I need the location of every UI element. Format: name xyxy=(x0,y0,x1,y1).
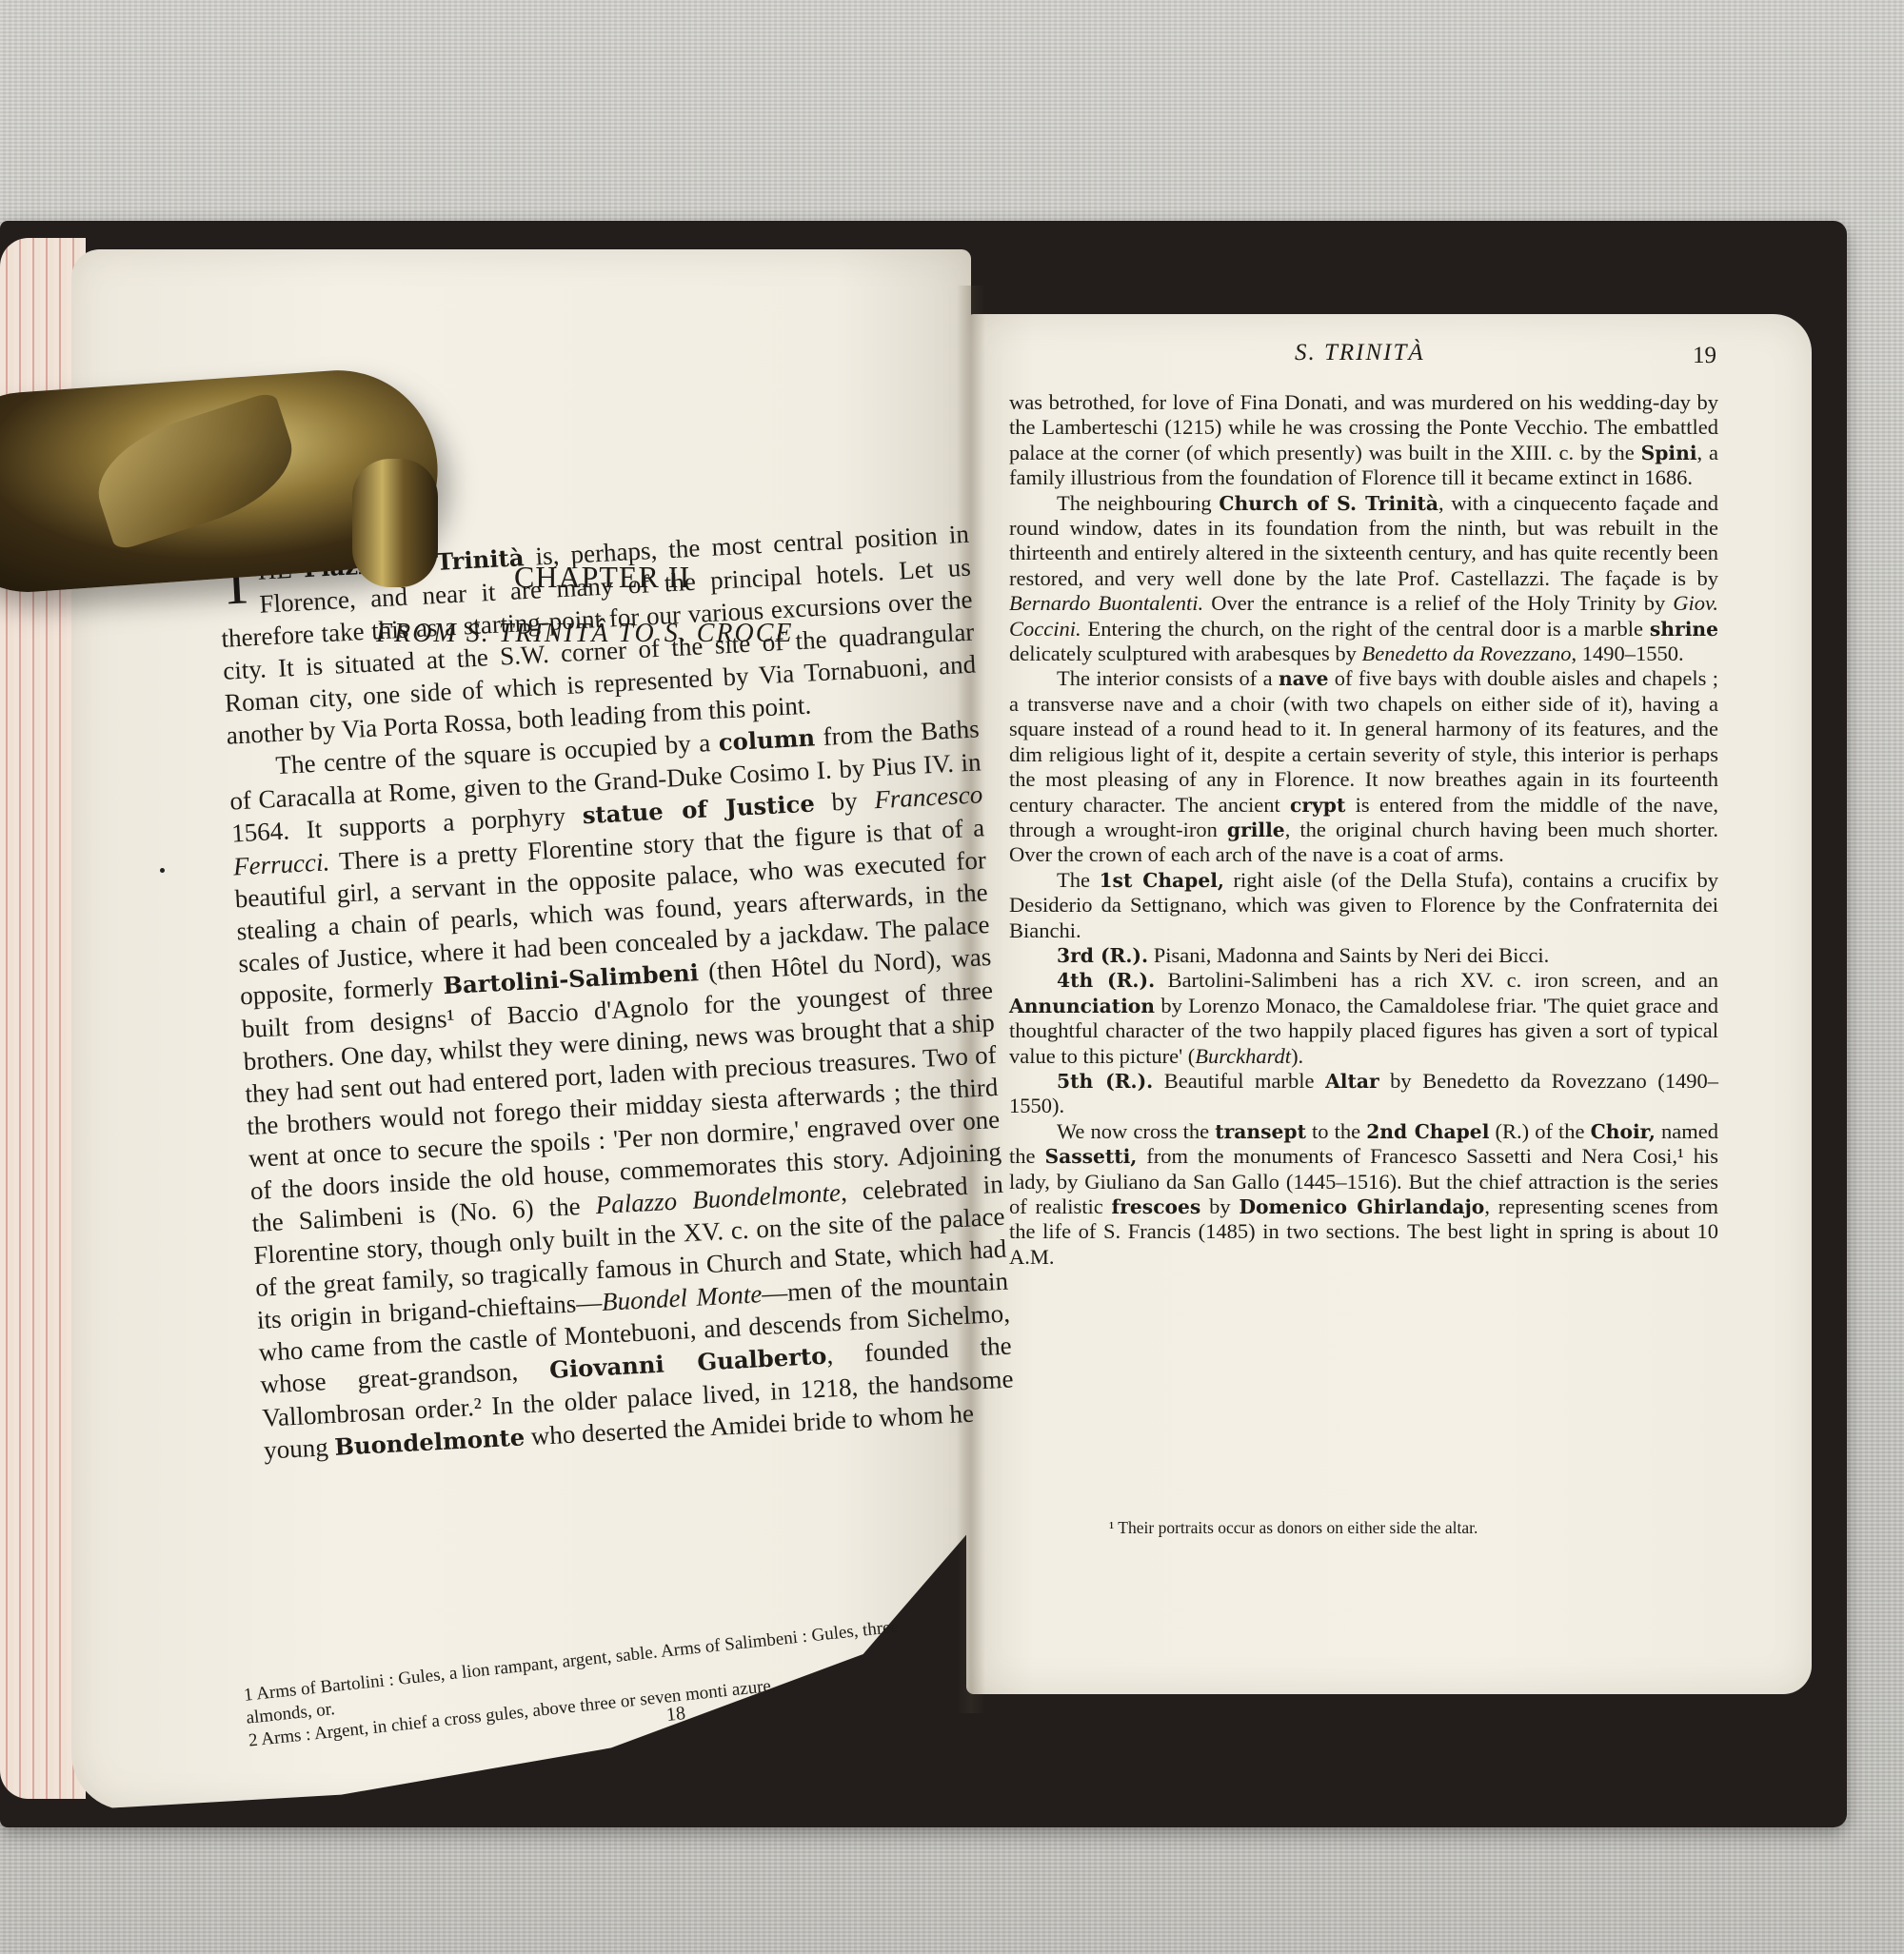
text-run: delicately sculptured with arabesques by xyxy=(1009,641,1362,665)
paperweight-knob xyxy=(352,459,438,587)
emphasis-bold: Sassetti, xyxy=(1044,1145,1137,1168)
emphasis-bold: 3rd (R.). xyxy=(1057,944,1148,967)
text-run: , 1490–1550. xyxy=(1571,641,1683,665)
left-page-body: T HE Piazza S. Trinità is, perhaps, the … xyxy=(217,518,1016,1468)
emphasis-bold: 2nd Chapel xyxy=(1366,1120,1489,1143)
text-run: Entering the church, on the right of the… xyxy=(1081,617,1650,641)
emphasis-bold: nave xyxy=(1279,667,1329,690)
right-footnote: ¹ Their portraits occur as donors on eit… xyxy=(1109,1518,1478,1538)
text-run: to the xyxy=(1306,1119,1366,1143)
emphasis-italic: Bernardo Buontalenti. xyxy=(1009,591,1203,615)
emphasis-bold: frescoes xyxy=(1112,1195,1201,1218)
right-page-body: was betrothed, for love of Fina Donati, … xyxy=(1009,390,1718,1270)
text-run: The neighbouring xyxy=(1057,491,1219,515)
paragraph: The neighbouring Church of S. Trinità, w… xyxy=(1009,491,1718,667)
paragraph: was betrothed, for love of Fina Donati, … xyxy=(1009,390,1718,491)
emphasis-italic: Benedetto da Rovezzano xyxy=(1362,641,1572,665)
emphasis-bold: Buondelmonte xyxy=(334,1423,526,1460)
paragraph: 4th (R.). Bartolini-Salimbeni has a rich… xyxy=(1009,968,1718,1069)
emphasis-bold: Church of S. Trinità xyxy=(1219,492,1438,515)
paragraph: The interior consists of a nave of five … xyxy=(1009,666,1718,867)
emphasis-bold: crypt xyxy=(1290,794,1345,817)
emphasis-bold: Choir, xyxy=(1591,1120,1656,1143)
emphasis-bold: transept xyxy=(1215,1120,1306,1143)
right-page-number: 19 xyxy=(1693,343,1716,369)
paragraph: 3rd (R.). Pisani, Madonna and Saints by … xyxy=(1009,943,1718,968)
stray-mark xyxy=(160,868,165,873)
text-run: Pisani, Madonna and Saints by Neri dei B… xyxy=(1148,943,1549,967)
text-run: The xyxy=(1057,868,1099,892)
text-run: by xyxy=(1200,1194,1239,1218)
text-run: ). xyxy=(1291,1044,1303,1068)
emphasis-bold: shrine xyxy=(1650,618,1718,641)
text-run: (R.) of the xyxy=(1489,1119,1590,1143)
text-run: was betrothed, for love of Fina Donati, … xyxy=(1009,390,1718,464)
text-run: Bartolini-Salimbeni has a rich XV. c. ir… xyxy=(1155,968,1718,992)
text-run: by xyxy=(814,785,875,817)
emphasis-italic: Burckhardt xyxy=(1195,1044,1291,1068)
text-run: Beautiful marble xyxy=(1153,1069,1325,1093)
emphasis-bold: 5th (R.). xyxy=(1057,1070,1153,1093)
paragraph: The 1st Chapel, right aisle (of the Dell… xyxy=(1009,868,1718,943)
paragraph: We now cross the transept to the 2nd Cha… xyxy=(1009,1119,1718,1270)
emphasis-bold: 4th (R.). xyxy=(1057,969,1155,992)
emphasis-bold: 1st Chapel, xyxy=(1099,869,1224,892)
text-run: We now cross the xyxy=(1057,1119,1215,1143)
left-page-number: 18 xyxy=(665,1703,686,1727)
text-run: The interior consists of a xyxy=(1057,666,1279,690)
emphasis-bold: grille xyxy=(1227,819,1285,841)
paragraph: The centre of the square is occupied by … xyxy=(228,712,1016,1467)
emphasis-italic: Buondel Monte xyxy=(601,1279,763,1316)
left-body-paragraphs: T HE Piazza S. Trinità is, perhaps, the … xyxy=(217,518,1016,1468)
emphasis-bold: column xyxy=(718,723,816,756)
paragraph: 5th (R.). Beautiful marble Altar by Bene… xyxy=(1009,1069,1718,1119)
running-head: S. TRINITÀ xyxy=(1295,340,1425,366)
emphasis-bold: Domenico Ghirlandajo xyxy=(1239,1195,1484,1218)
emphasis-bold: Annunciation xyxy=(1009,995,1155,1017)
emphasis-bold: Spini xyxy=(1641,442,1697,464)
emphasis-bold: Altar xyxy=(1325,1070,1379,1093)
text-run: Over the entrance is a relief of the Hol… xyxy=(1203,591,1673,615)
